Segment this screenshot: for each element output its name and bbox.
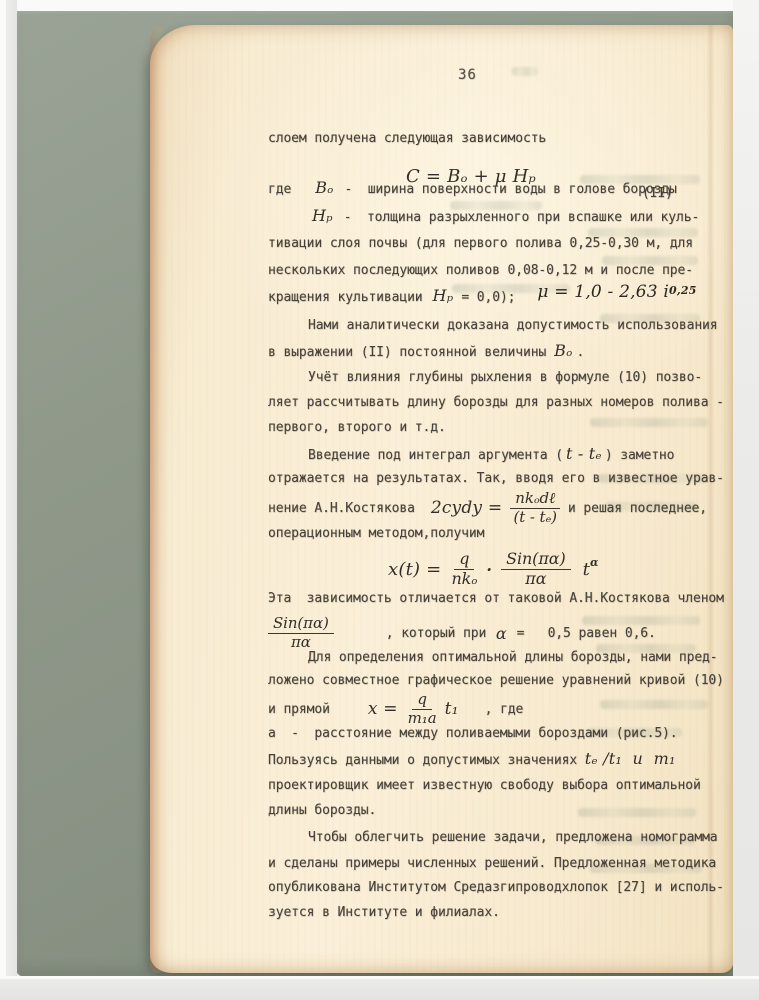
fraction-numerator: q: [454, 551, 474, 570]
fraction: q nkₒ: [451, 551, 477, 588]
fraction-denominator: nkₒ: [451, 570, 477, 588]
formula-sin-line: Sin(πα) πα , который при α = 0,5 равен 0…: [268, 613, 656, 653]
line-text: - толщина разрыхленного при вспашке или …: [344, 209, 699, 226]
line-text: - ширина поверхности воды в голове бороз…: [345, 181, 677, 198]
line-text: где: [268, 181, 291, 198]
typewritten-line: кращения культивации Hₚ = 0,0); μ = 1,0 …: [268, 287, 697, 304]
typewritten-line: Hₚ - толщина разрыхленного при вспашке и…: [268, 207, 699, 224]
handwritten-formula: tₑ /t₁ и m₁: [585, 750, 676, 767]
typewritten-line: тивации слоя почвы (для первого полива 0…: [268, 235, 693, 252]
line-text: в выражении (II) постоянной величины: [268, 344, 546, 361]
math-var: t - tₑ: [566, 445, 602, 462]
formula-lhs: x(t) =: [388, 561, 441, 578]
line-text: = 0,0);: [461, 289, 515, 306]
scanner-margin-bottom: [0, 976, 759, 1000]
typewritten-line: Нами аналитически доказана допустимость …: [268, 317, 718, 334]
typewritten-line: где Bₒ - ширина поверхности воды в голов…: [268, 179, 677, 196]
scanner-margin-left: [0, 0, 17, 1000]
line-text: нение А.Н.Костякова: [268, 500, 415, 517]
typewritten-line: отражается на результатах. Так, вводя ег…: [268, 470, 724, 487]
typewritten-line: ложено совместное графическое решение ур…: [268, 672, 724, 689]
fraction-numerator: Sin(πα): [268, 616, 334, 634]
typewritten-line: Для определения оптимальной длины борозд…: [268, 649, 718, 666]
typewritten-line: первого, второго и т.д.: [268, 419, 446, 436]
line-text: и прямой: [268, 701, 330, 718]
typewritten-line: проектировщик имеет известную свободу вы…: [268, 777, 701, 794]
typewritten-line: Введение под интеграл аргумента ( t - tₑ…: [268, 445, 674, 462]
line-text: , где: [485, 701, 524, 718]
formula-main: C = Bₒ + μ Hₚ (II): [268, 151, 314, 175]
fraction: nkₒdℓ (t - tₑ): [510, 491, 560, 526]
handwritten-formula: μ = 1,0 - 2,63 i: [537, 284, 669, 301]
math-var: Bₒ: [554, 342, 572, 359]
fraction-denominator: m₁a: [408, 710, 437, 727]
multiplication-dot: ·: [486, 561, 492, 578]
fraction-denominator: (t - tₑ): [514, 509, 557, 526]
bleed-through-ghost: [578, 808, 696, 817]
line-text: кращения культивации: [268, 289, 423, 306]
formula-lhs: x =: [368, 701, 398, 718]
math-var: Hₚ: [433, 287, 454, 304]
scanner-margin-right: [733, 0, 759, 1000]
bleed-through-ghost: [600, 700, 708, 709]
line-text: , который при: [386, 625, 494, 642]
line-text: .: [577, 344, 585, 361]
typewritten-line: Пользуясь данными о допустимых значениях…: [268, 750, 676, 767]
fraction-numerator: Sin(πα): [501, 551, 571, 570]
typewritten-line: в выражении (II) постоянной величины Bₒ …: [268, 342, 584, 359]
fraction-denominator: πα: [525, 570, 546, 588]
line-text: = 0,5 равен 0,6.: [509, 625, 656, 642]
bleed-through-ghost: [590, 418, 708, 427]
typewritten-line: зуется в Институте и филиалах.: [268, 904, 500, 921]
math-var: Bₒ: [315, 179, 333, 196]
typewritten-line: нескольких последующих поливов 0,08-0,12…: [268, 262, 693, 279]
fraction: q m₁a: [408, 692, 437, 727]
math-var: α: [496, 625, 507, 642]
formula-lhs: 2cydy =: [431, 500, 502, 517]
math-var: t₁: [445, 701, 459, 718]
line-text: ) заметно: [605, 447, 675, 464]
formula-superscript: α: [590, 554, 599, 571]
typewritten-line: опубликована Институтом Средазгипроводхл…: [268, 879, 724, 896]
fraction: Sin(πα) πα: [268, 616, 334, 651]
typewritten-line: длины борозды.: [268, 802, 376, 819]
formula-superscript: 0,25: [669, 282, 697, 299]
typewritten-line: Эта зависимость отличается от таковой А.…: [268, 590, 724, 607]
typewritten-line: Учёт влияния глубины рыхления в формуле …: [268, 369, 702, 386]
fraction-numerator: nkₒdℓ: [510, 491, 560, 509]
fraction-denominator: πα: [291, 634, 311, 651]
formula-xt: x(t) = q nkₒ · Sin(πα) πα t α: [388, 545, 599, 593]
fraction: Sin(πα) πα: [501, 551, 571, 588]
math-var: t: [583, 561, 590, 578]
binding-crease: [150, 25, 166, 973]
scanned-document-image: 36 слоем получена следующая зависимость …: [0, 0, 759, 1000]
typewritten-line: операционным методом,получим: [268, 525, 484, 542]
math-var: Hₚ: [312, 207, 333, 224]
typewritten-line: ляет рассчитывать длину борозды для разн…: [268, 394, 724, 411]
line-text: Пользуясь данными о допустимых значениях: [268, 752, 585, 769]
typewritten-line: Чтобы облегчить решение задачи, предложе…: [268, 829, 718, 846]
fraction-numerator: q: [412, 692, 432, 710]
bleed-through-ghost: [512, 67, 538, 76]
typewritten-line: слоем получена следующая зависимость: [268, 130, 546, 147]
line-text: и решая последнее,: [560, 500, 707, 517]
scanner-margin-top: [0, 0, 759, 11]
formula-kostyakov-line: нение А.Н.Костякова 2cydy = nkₒdℓ (t - t…: [268, 489, 707, 527]
typewritten-line: и сделаны примеры численных решений. Пре…: [268, 855, 716, 872]
line-text: Введение под интеграл аргумента (: [308, 447, 563, 464]
page-number: 36: [458, 67, 477, 83]
scanned-page: 36 слоем получена следующая зависимость …: [150, 25, 733, 973]
typewritten-line: а - расстояние между поливаемыми борозда…: [268, 725, 678, 742]
formula-line-straight: и прямой x = q m₁a t₁ , где: [268, 689, 523, 729]
